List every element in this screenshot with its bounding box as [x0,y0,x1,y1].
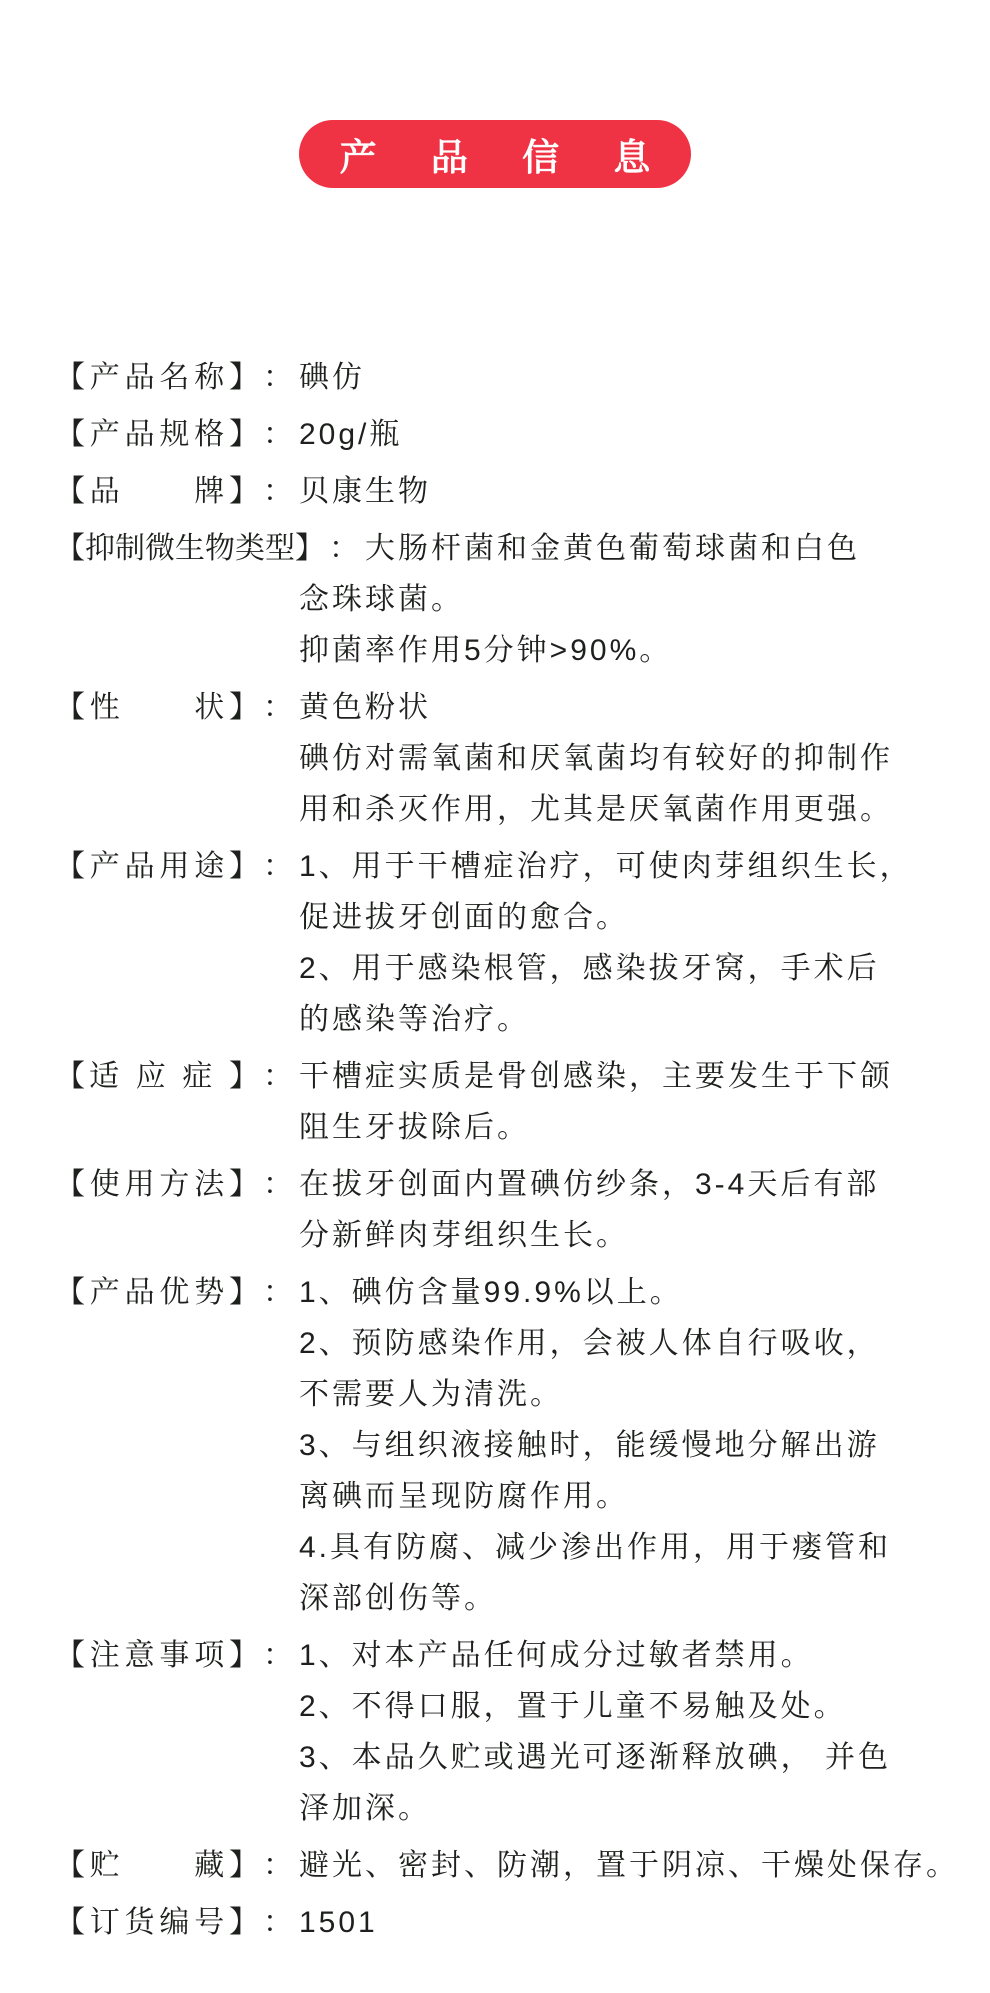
field-value-line: 碘仿对需氧菌和厌氧菌均有较好的抑制作 [299,733,990,784]
field-brand: 【品 牌】：贝康生物 [55,466,990,517]
field-label: 【产品规格】 [55,409,259,460]
field-value-line: 3、与组织液接触时，能缓慢地分解出游 [299,1420,990,1471]
field-label: 【产品名称】 [55,352,259,403]
field-label: 【产品优势】 [55,1267,259,1318]
field-value-line: 深部创伤等。 [299,1573,990,1624]
field-value: 干槽症实质是骨创感染，主要发生于下颌 [299,1060,893,1093]
field-colon: ： [263,1897,293,1948]
field-line: 【产品用途】：1、用于干槽症治疗，可使肉芽组织生长， [55,841,990,892]
field-value-line: 不需要人为清洗。 [299,1369,990,1420]
field-label: 【抑制微生物类型】 [55,523,325,574]
field-label: 【订货编号】 [55,1897,259,1948]
field-colon: ： [263,1267,293,1318]
field-label: 【贮 藏】 [55,1840,259,1891]
product-info-list: 【产品名称】：碘仿 【产品规格】：20g/瓶 【品 牌】：贝康生物 【抑制微生物… [0,352,990,1948]
field-label: 【注意事项】 [55,1630,259,1681]
field-line: 【使用方法】：在拔牙创面内置碘仿纱条，3-4天后有部 [55,1159,990,1210]
field-line: 【产品规格】：20g/瓶 [55,409,990,460]
field-product-name: 【产品名称】：碘仿 [55,352,990,403]
field-value-line: 2、预防感染作用，会被人体自行吸收， [299,1318,990,1369]
field-value-line: 念珠球菌。 [299,574,990,625]
field-value: 1、对本产品任何成分过敏者禁用。 [299,1639,814,1672]
field-colon: ： [263,1630,293,1681]
field-colon: ： [263,1840,293,1891]
field-line: 【产品名称】：碘仿 [55,352,990,403]
field-value-line: 离碘而呈现防腐作用。 [299,1471,990,1522]
field-line: 【产品优势】：1、碘仿含量99.9%以上。 [55,1267,990,1318]
field-line: 【品 牌】：贝康生物 [55,466,990,517]
field-value-line: 的感染等治疗。 [299,994,990,1045]
field-value: 1、碘仿含量99.9%以上。 [299,1276,683,1309]
banner-title: 产 品 信 息 [318,127,673,181]
field-order-number: 【订货编号】：1501 [55,1897,990,1948]
field-precautions: 【注意事项】：1、对本产品任何成分过敏者禁用。 2、不得口服，置于儿童不易触及处… [55,1630,990,1834]
field-value-line: 阻生牙拔除后。 [299,1102,990,1153]
field-product-spec: 【产品规格】：20g/瓶 [55,409,990,460]
field-value: 黄色粉状 [299,691,431,724]
field-label: 【品 牌】 [55,466,259,517]
field-label: 【适 应 症 】 [55,1051,259,1102]
field-value-line: 用和杀灭作用，尤其是厌氧菌作用更强。 [299,784,990,835]
field-colon: ： [263,1159,293,1210]
field-colon: ： [263,682,293,733]
field-colon: ： [329,523,359,574]
field-value: 1501 [299,1906,378,1939]
field-value-line: 促进拔牙创面的愈合。 [299,892,990,943]
field-value-line: 泽加深。 [299,1783,990,1834]
field-value-line: 3、本品久贮或遇光可逐渐释放碘， 并色 [299,1732,990,1783]
field-colon: ： [263,466,293,517]
field-value-line: 4.具有防腐、减少渗出作用，用于瘘管和 [299,1522,990,1573]
field-label: 【产品用途】 [55,841,259,892]
field-line: 【注意事项】：1、对本产品任何成分过敏者禁用。 [55,1630,990,1681]
field-properties: 【性 状】：黄色粉状 碘仿对需氧菌和厌氧菌均有较好的抑制作 用和杀灭作用，尤其是… [55,682,990,835]
field-label: 【使用方法】 [55,1159,259,1210]
field-value-line: 2、用于感染根管，感染拔牙窝，手术后 [299,943,990,994]
field-value: 1、用于干槽症治疗，可使肉芽组织生长， [299,850,913,883]
field-usage-method: 【使用方法】：在拔牙创面内置碘仿纱条，3-4天后有部 分新鲜肉芽组织生长。 [55,1159,990,1261]
field-value: 贝康生物 [299,475,431,508]
product-info-banner: 产 品 信 息 [299,120,691,188]
field-value: 大肠杆菌和金黄色葡萄球菌和白色 [365,532,860,565]
field-value: 避光、密封、防潮，置于阴凉、干燥处保存。 [299,1849,959,1882]
field-line: 【性 状】：黄色粉状 [55,682,990,733]
field-value: 碘仿 [299,361,365,394]
field-value: 20g/瓶 [299,418,402,451]
field-line: 【适 应 症 】：干槽症实质是骨创感染，主要发生于下颌 [55,1051,990,1102]
field-line: 【订货编号】：1501 [55,1897,990,1948]
field-storage: 【贮 藏】：避光、密封、防潮，置于阴凉、干燥处保存。 [55,1840,990,1891]
field-product-uses: 【产品用途】：1、用于干槽症治疗，可使肉芽组织生长， 促进拔牙创面的愈合。 2、… [55,841,990,1045]
field-value-line: 2、不得口服，置于儿童不易触及处。 [299,1681,990,1732]
field-inhibited-microbe-types: 【抑制微生物类型】：大肠杆菌和金黄色葡萄球菌和白色 念珠球菌。 抑菌率作用5分钟… [55,523,990,676]
field-value-line: 抑菌率作用5分钟>90%。 [299,625,990,676]
field-product-advantages: 【产品优势】：1、碘仿含量99.9%以上。 2、预防感染作用，会被人体自行吸收，… [55,1267,990,1624]
field-colon: ： [263,1051,293,1102]
field-colon: ： [263,352,293,403]
field-line: 【贮 藏】：避光、密封、防潮，置于阴凉、干燥处保存。 [55,1840,990,1891]
field-value-line: 分新鲜肉芽组织生长。 [299,1210,990,1261]
field-line: 【抑制微生物类型】：大肠杆菌和金黄色葡萄球菌和白色 [55,523,990,574]
field-value: 在拔牙创面内置碘仿纱条，3-4天后有部 [299,1168,879,1201]
field-colon: ： [263,409,293,460]
field-indications: 【适 应 症 】：干槽症实质是骨创感染，主要发生于下颌 阻生牙拔除后。 [55,1051,990,1153]
field-colon: ： [263,841,293,892]
field-label: 【性 状】 [55,682,259,733]
